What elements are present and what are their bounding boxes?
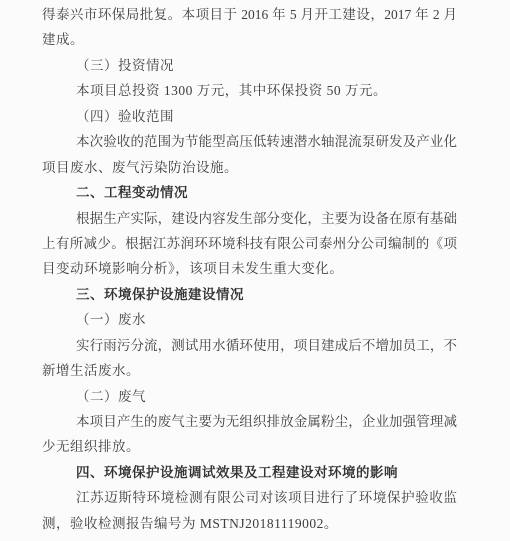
text-line: 得泰兴市环保局批复。本项目于 2016 年 5 月开工建设，2017 年 2 月 xyxy=(42,2,457,27)
section-heading: 三、环境保护设施建设情况 xyxy=(42,282,457,307)
text-line: 少无组织排放。 xyxy=(42,434,457,459)
text-line: （三）投资情况 xyxy=(42,53,457,78)
text-line: 新增生活废水。 xyxy=(42,358,457,383)
text-line: 测，验收检测报告编号为 MSTNJ20181119002。 xyxy=(42,511,457,536)
text-line: （二）废气 xyxy=(42,384,457,409)
section-heading: 二、工程变动情况 xyxy=(42,180,457,205)
document-body: 得泰兴市环保局批复。本项目于 2016 年 5 月开工建设，2017 年 2 月… xyxy=(42,2,457,536)
text-line: （四）验收范围 xyxy=(42,104,457,129)
text-line: 根据生产实际，建设内容发生部分变化，主要为设备在原有基础 xyxy=(42,206,457,231)
text-line: 项目废水、废气污染防治设施。 xyxy=(42,155,457,180)
text-line: 江苏迈斯特环境检测有限公司对该项目进行了环境保护验收监 xyxy=(42,485,457,510)
text-line: 建成。 xyxy=(42,27,457,52)
text-line: 上有所减少。根据江苏润环环境科技有限公司泰州分公司编制的《项 xyxy=(42,231,457,256)
text-line: （一）废水 xyxy=(42,307,457,332)
document-page: 得泰兴市环保局批复。本项目于 2016 年 5 月开工建设，2017 年 2 月… xyxy=(42,2,457,536)
text-line: 本项目总投资 1300 万元，其中环保投资 50 万元。 xyxy=(42,78,457,103)
text-line: 本项目产生的废气主要为无组织排放金属粉尘，企业加强管理减 xyxy=(42,409,457,434)
text-line: 本次验收的范围为节能型高压低转速潜水轴混流泵研发及产业化 xyxy=(42,129,457,154)
section-heading: 四、环境保护设施调试效果及工程建设对环境的影响 xyxy=(42,460,457,485)
text-line: 目变动环境影响分析》，该项目未发生重大变化。 xyxy=(42,256,457,281)
text-line: 实行雨污分流，测试用水循环使用，项目建成后不增加员工，不 xyxy=(42,333,457,358)
